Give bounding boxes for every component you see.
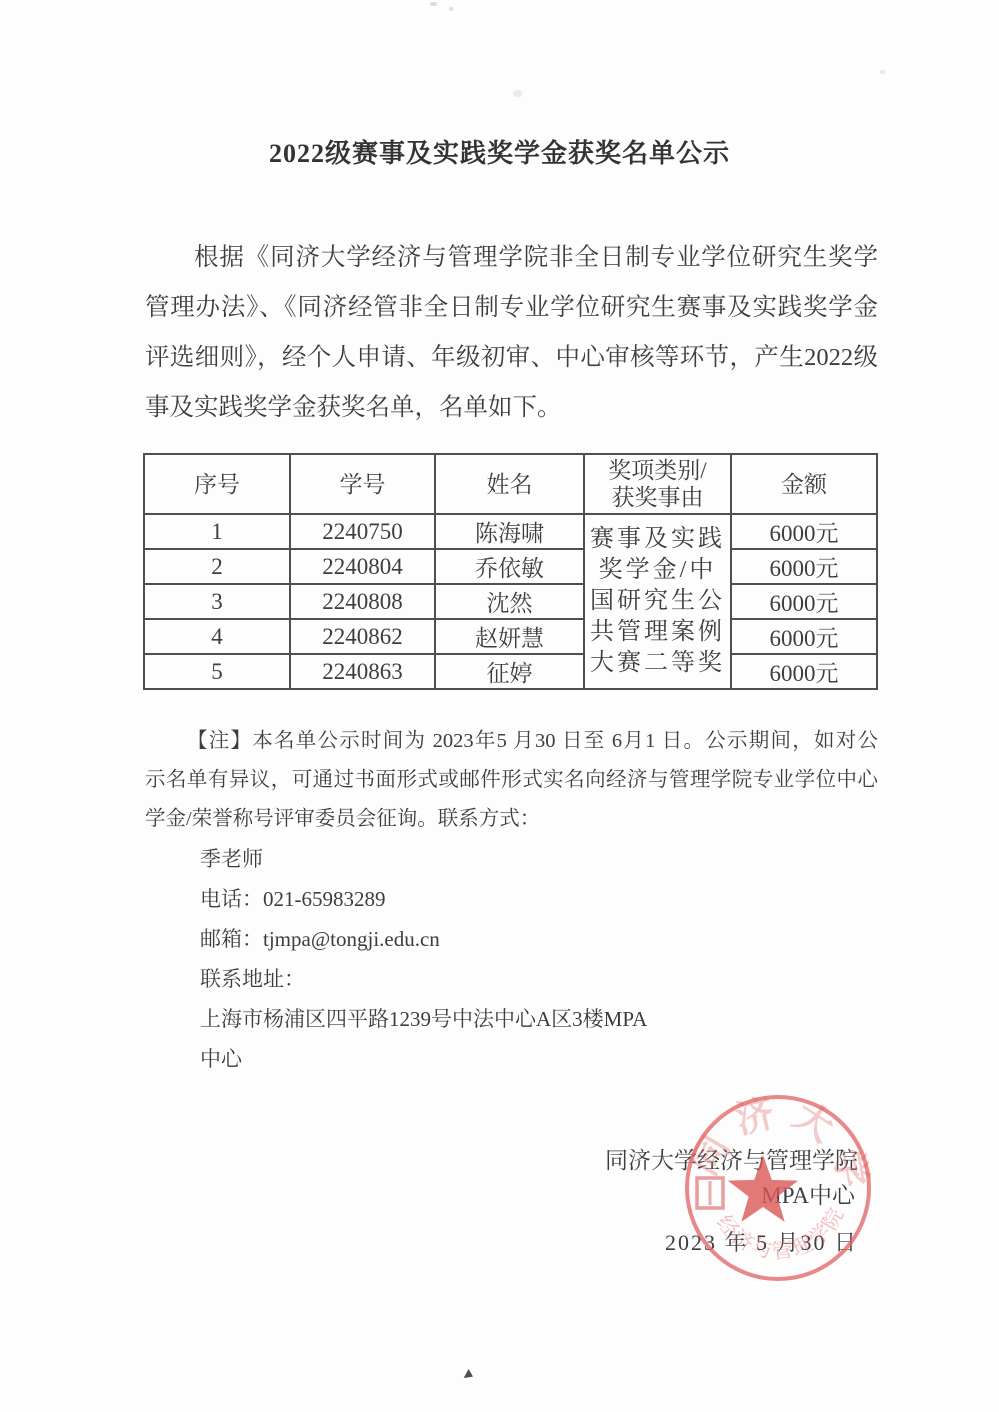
- note-paragraph: 【注】本名单公示时间为 2023年5 月30 日至 6月1 日。公示期间，如对公…: [145, 722, 878, 839]
- intro-line: 根据《同济大学经济与管理学院非全日制专业学位研究生奖学金: [145, 233, 878, 283]
- cell-student-id: 2240863: [290, 654, 435, 689]
- cell-student-id: 2240750: [290, 514, 435, 549]
- contact-email: 邮箱：tjmpa@tongji.edu.cn: [200, 919, 820, 959]
- scanned-announcement-page: 2022级赛事及实践奖学金获奖名单公示 根据《同济大学经济与管理学院非全日制专业…: [0, 0, 999, 1412]
- cell-name: 赵妍慧: [435, 619, 584, 654]
- award-line: 共管理案例: [585, 617, 730, 648]
- note-line: 学金/荣誉称号评审委员会征询。联系方式：: [145, 800, 878, 839]
- header-cell-name: 姓名: [435, 454, 584, 514]
- signature-org-line-1: 同济大学经济与管理学院: [605, 1142, 858, 1175]
- note-line: 示名单有异议，可通过书面形式或邮件形式实名向经济与管理学院专业学位中心奖: [145, 761, 878, 800]
- header-award-line2: 获奖事由: [585, 484, 730, 511]
- cell-no: 5: [144, 654, 290, 689]
- signature-org-line-2: MPA中心: [761, 1177, 855, 1210]
- cell-name: 陈海啸: [435, 514, 584, 549]
- cell-student-id: 2240808: [290, 584, 435, 619]
- cell-student-id: 2240804: [290, 549, 435, 584]
- cell-no: 4: [144, 619, 290, 654]
- cell-amount: 6000元: [731, 584, 877, 619]
- scan-artifact: [513, 90, 522, 97]
- table-row: 1 2240750 陈海啸 赛事及实践 奖学金/中 国研究生公 共管理案例 大赛…: [144, 514, 877, 549]
- table-row: 4 2240862 赵妍慧 6000元: [144, 619, 877, 654]
- intro-line: 管理办法》、《同济经管非全日制专业学位研究生赛事及实践奖学金: [145, 283, 878, 333]
- award-line: 赛事及实践: [585, 524, 730, 555]
- header-award-line1: 奖项类别/: [585, 457, 730, 484]
- cell-student-id: 2240862: [290, 619, 435, 654]
- cell-amount: 6000元: [731, 549, 877, 584]
- scan-artifact: [880, 70, 885, 74]
- cell-name: 征婷: [435, 654, 584, 689]
- cell-no: 2: [144, 549, 290, 584]
- award-line: 奖学金/中: [585, 555, 730, 586]
- header-cell-award: 奖项类别/ 获奖事由: [584, 454, 731, 514]
- cell-amount: 6000元: [731, 654, 877, 689]
- signature-date: 2023 年 5 月30 日: [665, 1226, 858, 1257]
- award-line: 国研究生公: [585, 586, 730, 617]
- cell-amount: 6000元: [731, 619, 877, 654]
- contact-address-line2: 中心: [200, 1039, 820, 1079]
- intro-paragraph: 根据《同济大学经济与管理学院非全日制专业学位研究生奖学金 管理办法》、《同济经管…: [145, 233, 878, 433]
- header-cell-student-id: 学号: [290, 454, 435, 514]
- intro-line: 事及实践奖学金获奖名单，名单如下。: [145, 383, 878, 433]
- table-row: 2 2240804 乔依敏 6000元: [144, 549, 877, 584]
- scan-artifact: [462, 1369, 473, 1378]
- cell-name: 乔依敏: [435, 549, 584, 584]
- seal-box-mark: [697, 1178, 723, 1208]
- scan-artifact: [449, 7, 453, 11]
- awards-table-wrapper: 序号 学号 姓名 奖项类别/ 获奖事由 金额 1 2240750 陈海啸 赛事及…: [143, 453, 878, 690]
- cell-no: 3: [144, 584, 290, 619]
- award-line: 大赛二等奖: [585, 648, 730, 679]
- table-row: 5 2240863 征婷 6000元: [144, 654, 877, 689]
- page-title: 2022级赛事及实践奖学金获奖名单公示: [0, 138, 999, 170]
- table-row: 3 2240808 沈然 6000元: [144, 584, 877, 619]
- header-cell-amount: 金额: [731, 454, 877, 514]
- contact-phone: 电话：021-65983289: [200, 879, 820, 919]
- table-header-row: 序号 学号 姓名 奖项类别/ 获奖事由 金额: [144, 454, 877, 514]
- intro-line: 评选细则》，经个人申请、年级初审、中心审核等环节，产生2022级赛: [145, 333, 878, 383]
- scan-artifact: [430, 2, 437, 6]
- header-cell-no: 序号: [144, 454, 290, 514]
- contact-address-line1: 上海市杨浦区四平路1239号中法中心A区3楼MPA: [200, 999, 820, 1039]
- contact-address-label: 联系地址：: [200, 959, 820, 999]
- contact-block: 季老师 电话：021-65983289 邮箱：tjmpa@tongji.edu.…: [200, 839, 820, 1079]
- cell-amount: 6000元: [731, 514, 877, 549]
- cell-no: 1: [144, 514, 290, 549]
- awards-table: 序号 学号 姓名 奖项类别/ 获奖事由 金额 1 2240750 陈海啸 赛事及…: [143, 453, 878, 690]
- cell-name: 沈然: [435, 584, 584, 619]
- note-line: 【注】本名单公示时间为 2023年5 月30 日至 6月1 日。公示期间，如对公: [145, 722, 878, 761]
- award-merged-cell: 赛事及实践 奖学金/中 国研究生公 共管理案例 大赛二等奖: [584, 514, 731, 689]
- contact-person: 季老师: [200, 839, 820, 879]
